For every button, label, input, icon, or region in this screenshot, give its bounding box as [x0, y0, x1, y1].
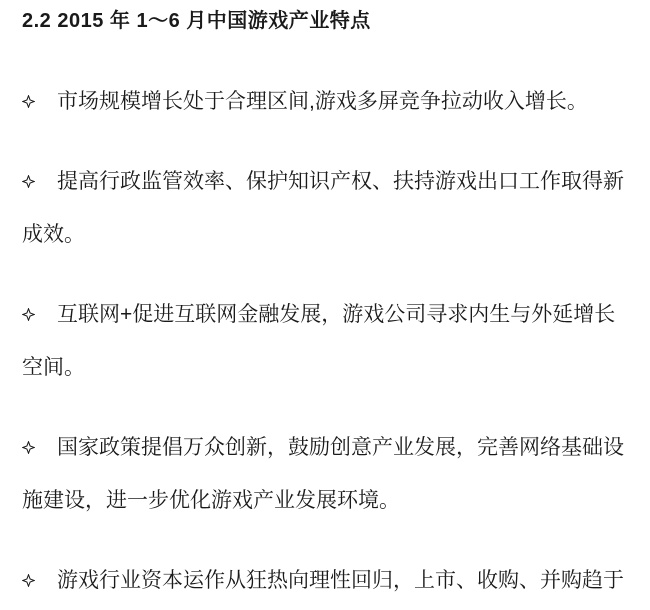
bullet-item: 国家政策提倡万众创新，鼓励创意产业发展，完善网络基础设 施建设，进一步优化游戏产…	[22, 421, 636, 527]
bullet-line-continuation: 施建设，进一步优化游戏产业发展环境。	[22, 474, 636, 527]
bullet-item: 游戏行业资本运作从狂热向理性回归，上市、收购、并购趋于	[22, 554, 636, 607]
four-pointed-star-icon	[22, 308, 57, 321]
bullet-text: 游戏行业资本运作从狂热向理性回归，上市、收购、并购趋于	[57, 554, 624, 607]
bullet-item: 市场规模增长处于合理区间,游戏多屏竞争拉动收入增长。	[22, 75, 636, 128]
four-pointed-star-icon	[22, 441, 57, 454]
bullet-text: 市场规模增长处于合理区间,游戏多屏竞争拉动收入增长。	[57, 75, 588, 128]
bullet-line: 国家政策提倡万众创新，鼓励创意产业发展，完善网络基础设	[22, 421, 636, 474]
document-page: 2.2 2015 年 1～6 月中国游戏产业特点 市场规模增长处于合理区间,游戏…	[0, 0, 650, 610]
bullet-line: 市场规模增长处于合理区间,游戏多屏竞争拉动收入增长。	[22, 75, 636, 128]
bullet-line: 提高行政监管效率、保护知识产权、扶持游戏出口工作取得新	[22, 155, 636, 208]
bullet-item: 互联网+促进互联网金融发展，游戏公司寻求内生与外延增长 空间。	[22, 288, 636, 394]
four-pointed-star-icon	[22, 95, 57, 108]
bullet-text: 互联网+促进互联网金融发展，游戏公司寻求内生与外延增长	[57, 288, 615, 341]
page-title: 2.2 2015 年 1～6 月中国游戏产业特点	[0, 0, 650, 35]
four-pointed-star-icon	[22, 574, 57, 587]
bullet-line-continuation: 空间。	[22, 341, 636, 394]
bullet-line: 游戏行业资本运作从狂热向理性回归，上市、收购、并购趋于	[22, 554, 636, 607]
bullet-line: 互联网+促进互联网金融发展，游戏公司寻求内生与外延增长	[22, 288, 636, 341]
bullet-line-continuation: 成效。	[22, 208, 636, 261]
bullet-text: 提高行政监管效率、保护知识产权、扶持游戏出口工作取得新	[57, 155, 624, 208]
bullet-item: 提高行政监管效率、保护知识产权、扶持游戏出口工作取得新 成效。	[22, 155, 636, 261]
bullet-list: 市场规模增长处于合理区间,游戏多屏竞争拉动收入增长。 提高行政监管效率、保护知识…	[0, 75, 650, 607]
bullet-text: 国家政策提倡万众创新，鼓励创意产业发展，完善网络基础设	[57, 421, 624, 474]
four-pointed-star-icon	[22, 175, 57, 188]
